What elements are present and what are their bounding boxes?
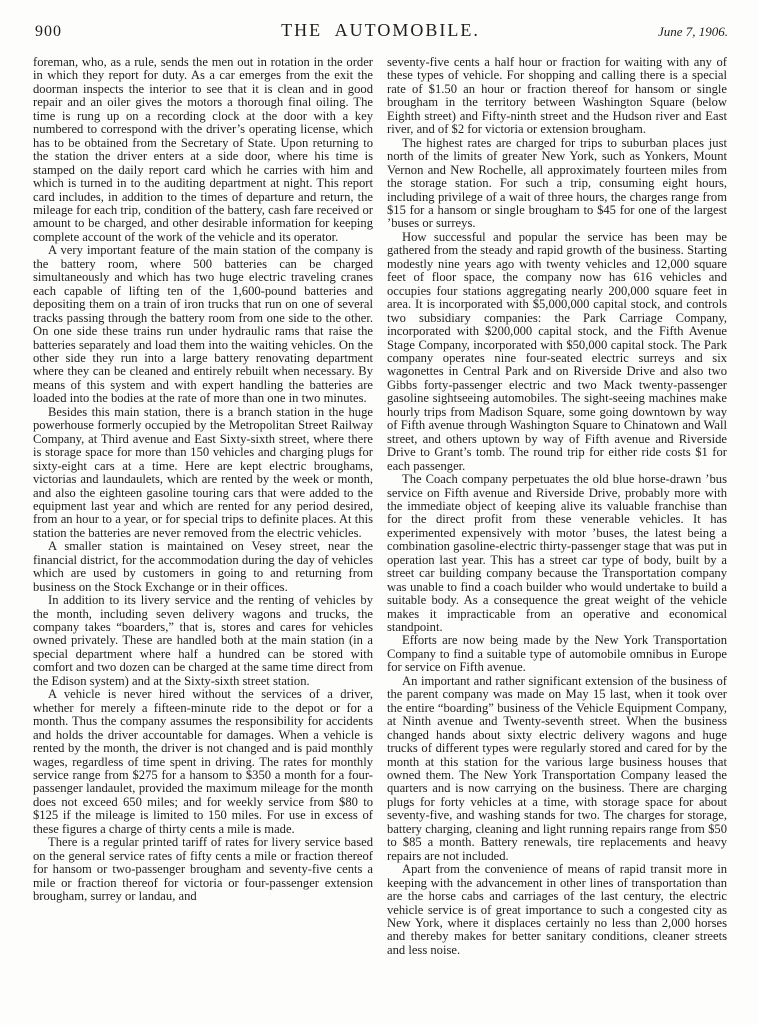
- left-column: foreman, who, as a rule, sends the men o…: [33, 56, 373, 957]
- paragraph: In addition to its livery service and th…: [33, 594, 373, 688]
- paragraph: Besides this main station, there is a br…: [33, 406, 373, 541]
- paragraph: An important and rather significant exte…: [387, 675, 727, 863]
- paragraph: Efforts are now being made by the New Yo…: [387, 634, 727, 674]
- paragraph: A vehicle is never hired without the ser…: [33, 688, 373, 836]
- issue-date: June 7, 1906.: [658, 24, 728, 40]
- paragraph: A smaller station is maintained on Vesey…: [33, 540, 373, 594]
- paragraph: The highest rates are charged for trips …: [387, 137, 727, 231]
- paragraph: How successful and popular the service h…: [387, 231, 727, 473]
- paragraph: There is a regular printed tariff of rat…: [33, 836, 373, 903]
- masthead: 900 THE AUTOMOBILE. June 7, 1906.: [33, 20, 728, 46]
- paragraph: seventy-five cents a half hour or fracti…: [387, 56, 727, 137]
- paragraph: A very important feature of the main sta…: [33, 244, 373, 405]
- journal-title: THE AUTOMOBILE.: [33, 20, 728, 41]
- article-body: foreman, who, as a rule, sends the men o…: [33, 56, 727, 957]
- magazine-page: 900 THE AUTOMOBILE. June 7, 1906. forema…: [0, 0, 759, 1025]
- paragraph: The Coach company perpetuates the old bl…: [387, 473, 727, 634]
- paragraph: foreman, who, as a rule, sends the men o…: [33, 56, 373, 244]
- right-column: seventy-five cents a half hour or fracti…: [387, 56, 727, 957]
- paragraph: Apart from the convenience of means of r…: [387, 863, 727, 957]
